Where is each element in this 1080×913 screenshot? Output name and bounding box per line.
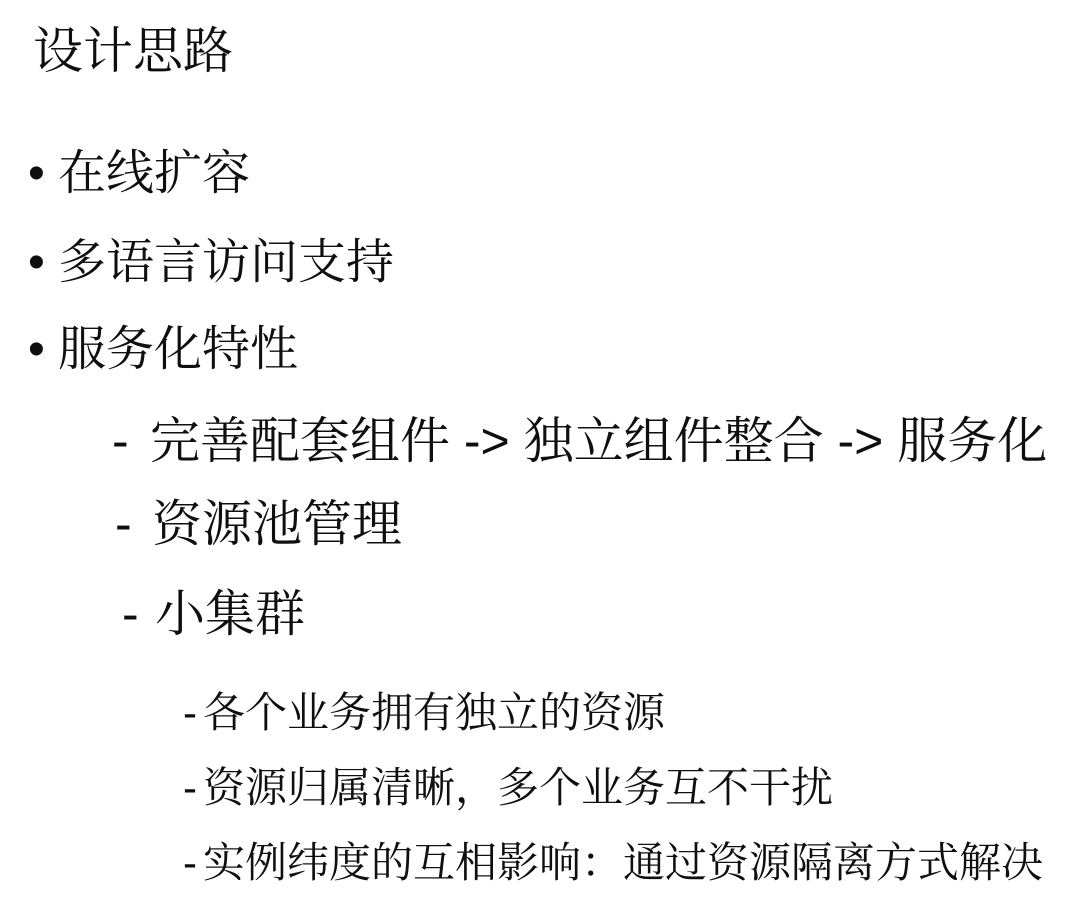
sub-item-resource-pool: - 资源池管理 — [115, 494, 402, 554]
slide: 设计思路 • 在线扩容 • 多语言访问支持 • 服务化特性 - 完善配套组件 -… — [0, 0, 1080, 913]
dash-marker: - — [183, 838, 203, 888]
dash-marker: - — [122, 584, 155, 644]
sub-item-label: 完善配套组件 -> 独立组件整合 -> 服务化 — [150, 411, 1047, 471]
list-item-label: 多语言访问支持 — [58, 234, 394, 292]
sub-item-label: 资源池管理 — [152, 494, 402, 554]
dash-marker: - — [115, 494, 152, 554]
sub-sub-item-label: 实例纬度的互相影响：通过资源隔离方式解决 — [203, 838, 1043, 888]
sub-item-label: 小集群 — [155, 584, 305, 644]
sub-sub-item-instance-isolation: - 实例纬度的互相影响：通过资源隔离方式解决 — [183, 838, 1043, 888]
sub-item-small-cluster: - 小集群 — [122, 584, 305, 644]
bullet-icon: • — [28, 234, 58, 292]
sub-sub-item-label: 资源归属清晰，多个业务互不干扰 — [203, 763, 833, 813]
list-item-label: 服务化特性 — [58, 321, 298, 379]
bullet-icon: • — [28, 321, 58, 379]
list-item-online-scaling: • 在线扩容 — [28, 145, 250, 203]
sub-sub-item-clear-ownership: - 资源归属清晰，多个业务互不干扰 — [183, 763, 833, 813]
sub-sub-item-label: 各个业务拥有独立的资源 — [203, 688, 665, 738]
dash-marker: - — [183, 763, 203, 813]
sub-item-component-evolution: - 完善配套组件 -> 独立组件整合 -> 服务化 — [112, 411, 1047, 471]
list-item-label: 在线扩容 — [58, 145, 250, 203]
list-item-multilang-support: • 多语言访问支持 — [28, 234, 394, 292]
page-title: 设计思路 — [33, 20, 233, 82]
sub-sub-item-independent-resources: - 各个业务拥有独立的资源 — [183, 688, 665, 738]
bullet-icon: • — [28, 145, 58, 203]
dash-marker: - — [183, 688, 203, 738]
list-item-service-features: • 服务化特性 — [28, 321, 298, 379]
dash-marker: - — [112, 411, 150, 471]
